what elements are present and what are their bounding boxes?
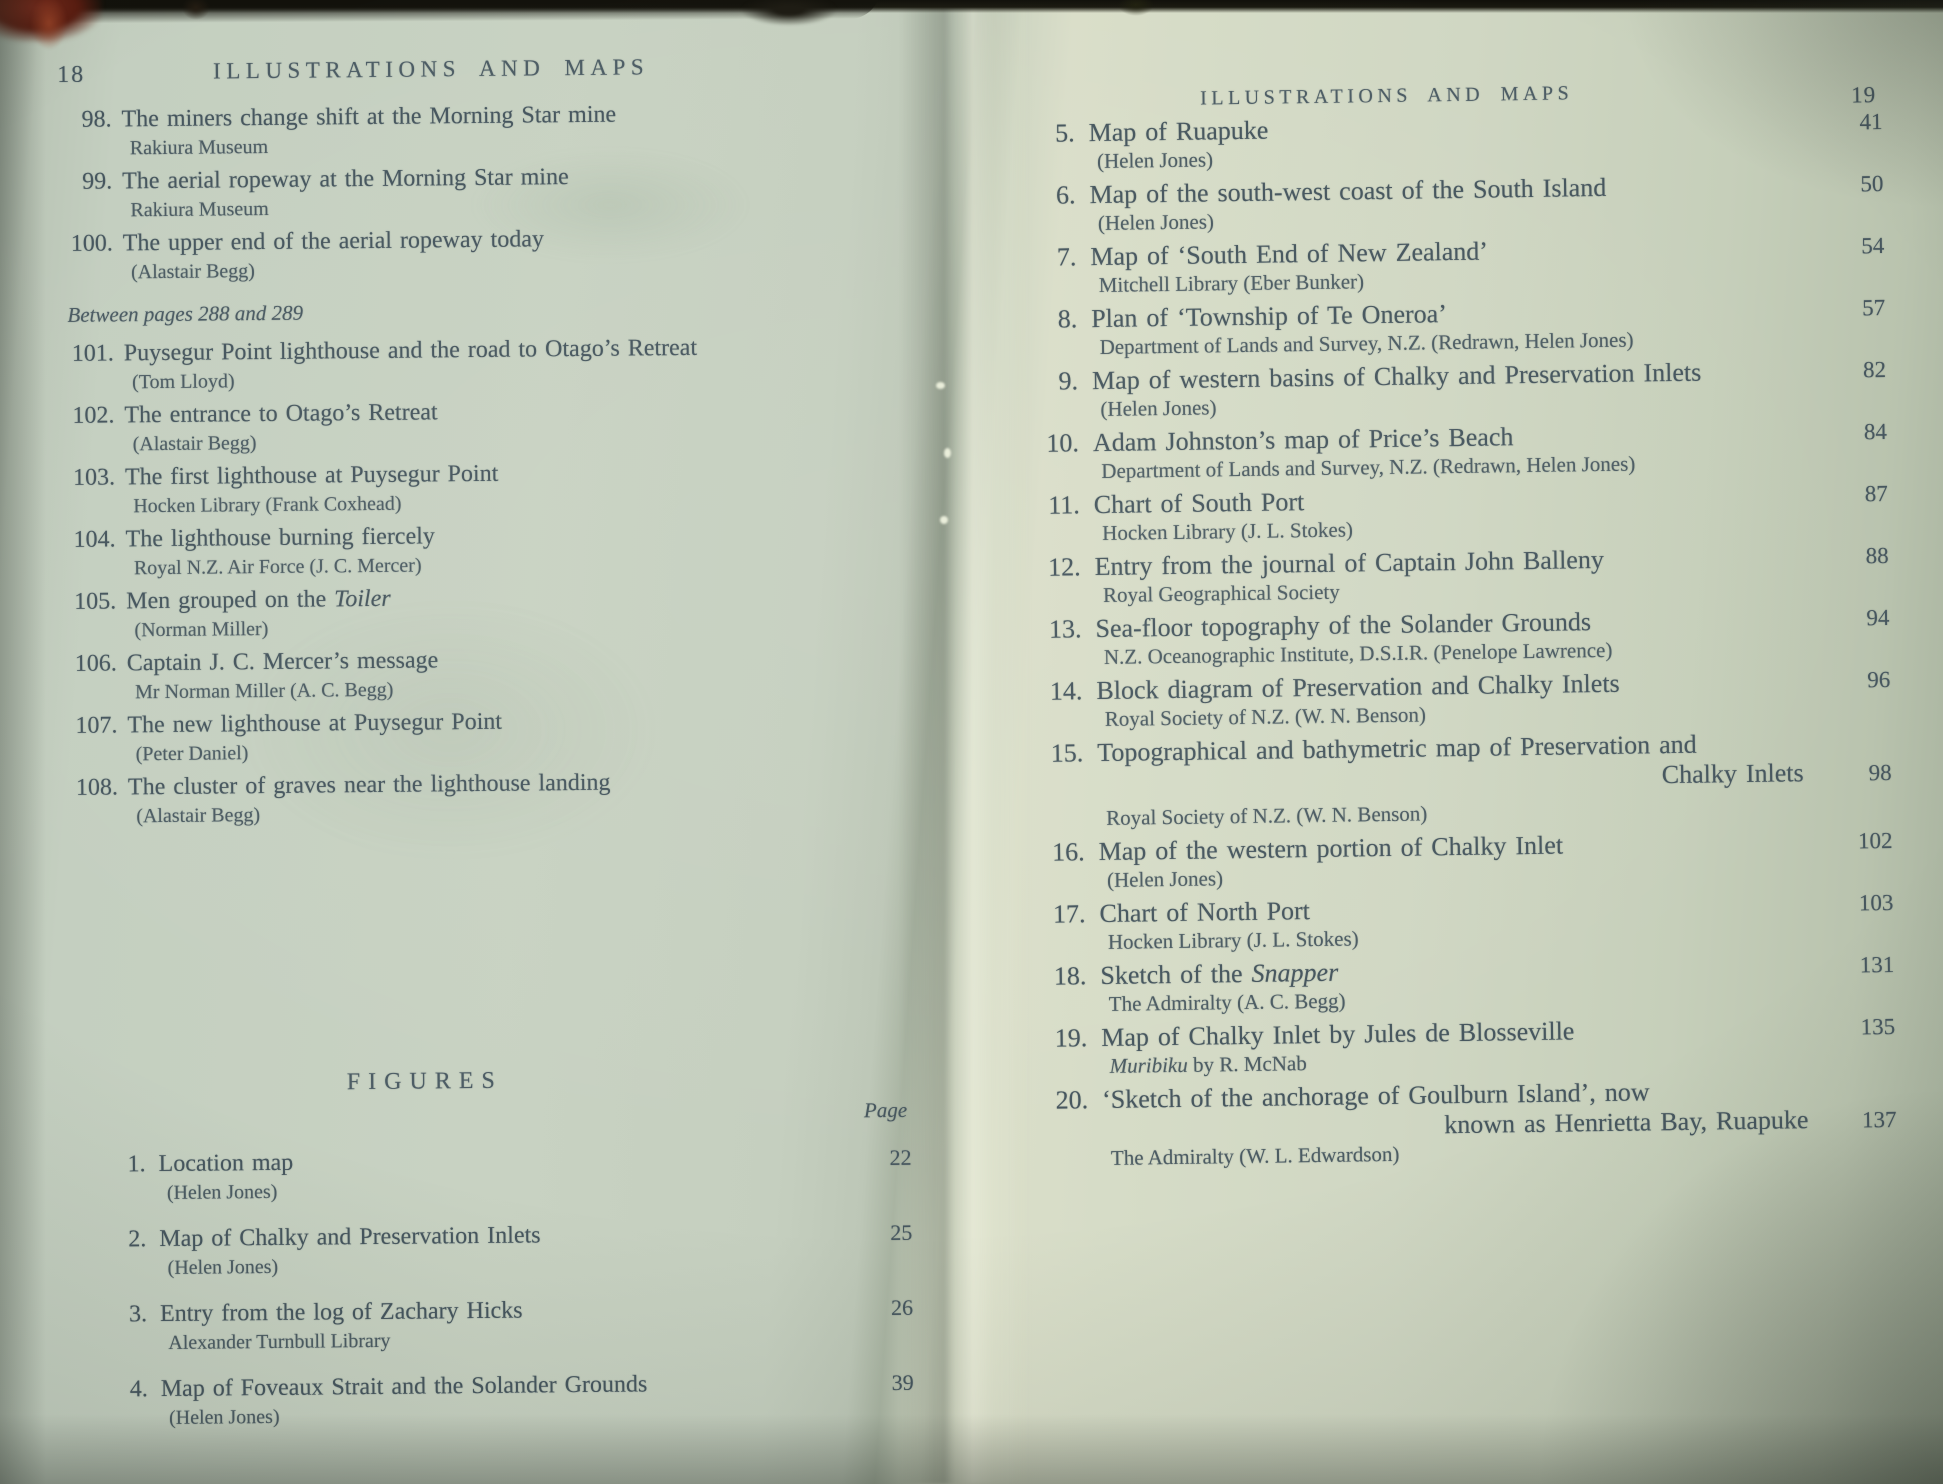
page-column-label: Page bbox=[864, 1098, 907, 1123]
between-pages-note: Between pages 288 and 289 bbox=[67, 295, 905, 328]
figure-entry: 9. Map of western basins of Chalky and P… bbox=[1028, 354, 1887, 424]
entry-page-ref: 88 bbox=[1808, 543, 1888, 570]
figure-entry: 13. Sea-floor topography of the Solander… bbox=[1031, 602, 1890, 672]
page-edge-speck bbox=[936, 382, 945, 389]
figure-entry: 1. Location map 22 (Helen Jones) bbox=[65, 1142, 912, 1208]
entry-title-italic: Snapper bbox=[1251, 958, 1338, 988]
entry-number: 8. bbox=[1027, 303, 1077, 335]
entry-credit: (Helen Jones) bbox=[159, 1174, 815, 1207]
entry-number: 3. bbox=[67, 1299, 147, 1331]
toc-entry: 100. The upper end of the aerial ropeway… bbox=[57, 220, 906, 287]
toc-entry: 108. The cluster of graves near the ligh… bbox=[62, 764, 911, 831]
figures-list: 1. Location map 22 (Helen Jones) 2. Map … bbox=[65, 1142, 914, 1450]
entry-number: 101. bbox=[58, 337, 114, 370]
bottom-edge-shadow bbox=[0, 1414, 1943, 1484]
toc-entry: 106. Captain J. C. Mercer’s message Mr N… bbox=[61, 640, 910, 707]
entry-number: 18. bbox=[1036, 960, 1086, 992]
figure-entry: 7. Map of ‘South End of New Zealand’ Mit… bbox=[1026, 230, 1885, 300]
entry-page-ref: 25 bbox=[828, 1217, 912, 1249]
toc-entry: 99. The aerial ropeway at the Morning St… bbox=[56, 158, 905, 225]
entry-page-ref: 94 bbox=[1809, 605, 1889, 632]
entry-page-ref: 98 bbox=[1811, 760, 1891, 787]
entry-title-text: Sketch of the bbox=[1100, 959, 1252, 990]
entry-page-ref: 135 bbox=[1815, 1014, 1895, 1041]
page-edge-speck bbox=[940, 516, 948, 524]
top-right-shadow bbox=[1623, 0, 1943, 210]
entry-page-ref: 54 bbox=[1804, 233, 1884, 260]
entry-page-ref: 57 bbox=[1805, 295, 1885, 322]
entry-title-italic: Toiler bbox=[334, 586, 391, 613]
figure-entry: 16. Map of the western portion of Chalky… bbox=[1034, 825, 1893, 895]
entry-number: 13. bbox=[1031, 613, 1081, 645]
entry-page-ref: 103 bbox=[1813, 890, 1893, 917]
entry-page-ref: 87 bbox=[1808, 481, 1888, 508]
entry-page-ref: 22 bbox=[827, 1142, 911, 1174]
left-edge-shadow bbox=[0, 0, 46, 1484]
entry-number: 107. bbox=[61, 709, 117, 742]
figure-entry: 3. Entry from the log of Zachary Hicks 2… bbox=[67, 1292, 914, 1358]
toc-entry: 107. The new lighthouse at Puysegur Poin… bbox=[61, 702, 910, 769]
entry-page-ref: 82 bbox=[1806, 357, 1886, 384]
entry-number: 104. bbox=[59, 523, 115, 556]
figure-entry: 18. Sketch of the Snapper The Admiralty … bbox=[1036, 949, 1895, 1019]
dark-edge-mark bbox=[182, 0, 210, 20]
entry-number: 12. bbox=[1030, 551, 1080, 583]
page-number: 18 bbox=[57, 62, 85, 89]
entry-number: 1. bbox=[65, 1149, 145, 1181]
entry-number: 9. bbox=[1028, 365, 1078, 397]
entry-page-ref: 131 bbox=[1814, 952, 1894, 979]
entry-number: 106. bbox=[61, 647, 117, 680]
entry-page-ref: 84 bbox=[1807, 419, 1887, 446]
entry-credit: Alexander Turnbull Library bbox=[160, 1324, 816, 1357]
entry-number: 100. bbox=[57, 227, 113, 260]
entry-number: 98. bbox=[55, 103, 111, 136]
toc-entry: 103. The first lighthouse at Puysegur Po… bbox=[59, 454, 908, 521]
toc-entry: 102. The entrance to Otago’s Retreat (Al… bbox=[58, 392, 907, 459]
entry-number: 10. bbox=[1029, 427, 1079, 459]
entry-credit: (Helen Jones) bbox=[159, 1249, 815, 1282]
entry-number: 105. bbox=[60, 585, 116, 618]
running-header: ILLUSTRATIONS AND MAPS bbox=[213, 54, 649, 84]
dark-edge-mark bbox=[1118, 0, 1154, 16]
dark-edge-mark bbox=[740, 0, 838, 26]
entry-number: 102. bbox=[58, 399, 114, 432]
entry-number: 7. bbox=[1026, 241, 1076, 273]
figure-entry: 15. Topographical and bathymetric map of… bbox=[1033, 726, 1892, 833]
book-gutter-fold bbox=[900, 0, 1030, 1484]
entry-number: 20. bbox=[1038, 1084, 1088, 1116]
entry-page-ref: 39 bbox=[830, 1367, 914, 1399]
entry-credit-text: by R. McNab bbox=[1188, 1051, 1307, 1077]
entry-number: 5. bbox=[1024, 117, 1074, 149]
entry-page-ref: 26 bbox=[829, 1292, 913, 1324]
entry-number: 17. bbox=[1035, 898, 1085, 930]
entry-number: 4. bbox=[68, 1374, 148, 1406]
toc-entry: 105. Men grouped on the Toiler (Norman M… bbox=[60, 578, 909, 645]
entry-number: 103. bbox=[59, 461, 115, 494]
figures-list-continued: 5. Map of Ruapuke (Helen Jones) 41 6. Ma… bbox=[1024, 106, 1897, 1177]
entry-number: 108. bbox=[62, 771, 118, 804]
entry-number: 16. bbox=[1034, 836, 1084, 868]
figure-entry: 14. Block diagram of Preservation and Ch… bbox=[1032, 664, 1891, 734]
figure-entry: 8. Plan of ‘Township of Te Oneroa’ Depar… bbox=[1027, 292, 1886, 362]
figure-entry: 17. Chart of North Port Hocken Library (… bbox=[1035, 887, 1894, 957]
entry-number: 11. bbox=[1030, 489, 1080, 521]
entry-credit: Royal Society of N.Z. (W. N. Benson) bbox=[1098, 795, 1808, 832]
entry-number: 2. bbox=[66, 1224, 146, 1256]
entry-credit-italic: Muribiku bbox=[1109, 1053, 1187, 1078]
entry-number: 19. bbox=[1037, 1022, 1087, 1054]
entry-page-ref: 102 bbox=[1812, 828, 1892, 855]
toc-entry: 98. The miners change shift at the Morni… bbox=[55, 96, 904, 163]
figure-entry: 2. Map of Chalky and Preservation Inlets… bbox=[66, 1217, 913, 1283]
entry-title-text: Men grouped on the bbox=[126, 586, 334, 614]
illustrations-list: 98. The miners change shift at the Morni… bbox=[55, 96, 910, 834]
entry-number: 14. bbox=[1032, 675, 1082, 707]
figure-entry: 12. Entry from the journal of Captain Jo… bbox=[1030, 540, 1889, 610]
figure-entry: 10. Adam Johnston’s map of Price’s Beach… bbox=[1029, 416, 1888, 486]
figure-entry: 11. Chart of South Port Hocken Library (… bbox=[1030, 478, 1889, 548]
entry-number: 99. bbox=[56, 165, 112, 198]
entry-number: 6. bbox=[1025, 179, 1075, 211]
toc-entry: 101. Puysegur Point lighthouse and the r… bbox=[58, 330, 907, 397]
entry-page-ref: 96 bbox=[1810, 667, 1890, 694]
page-edge-speck bbox=[944, 448, 951, 458]
entry-number: 15. bbox=[1033, 737, 1083, 769]
toc-entry: 104. The lighthouse burning fiercely Roy… bbox=[59, 516, 908, 583]
figures-heading: FIGURES bbox=[347, 1068, 503, 1096]
